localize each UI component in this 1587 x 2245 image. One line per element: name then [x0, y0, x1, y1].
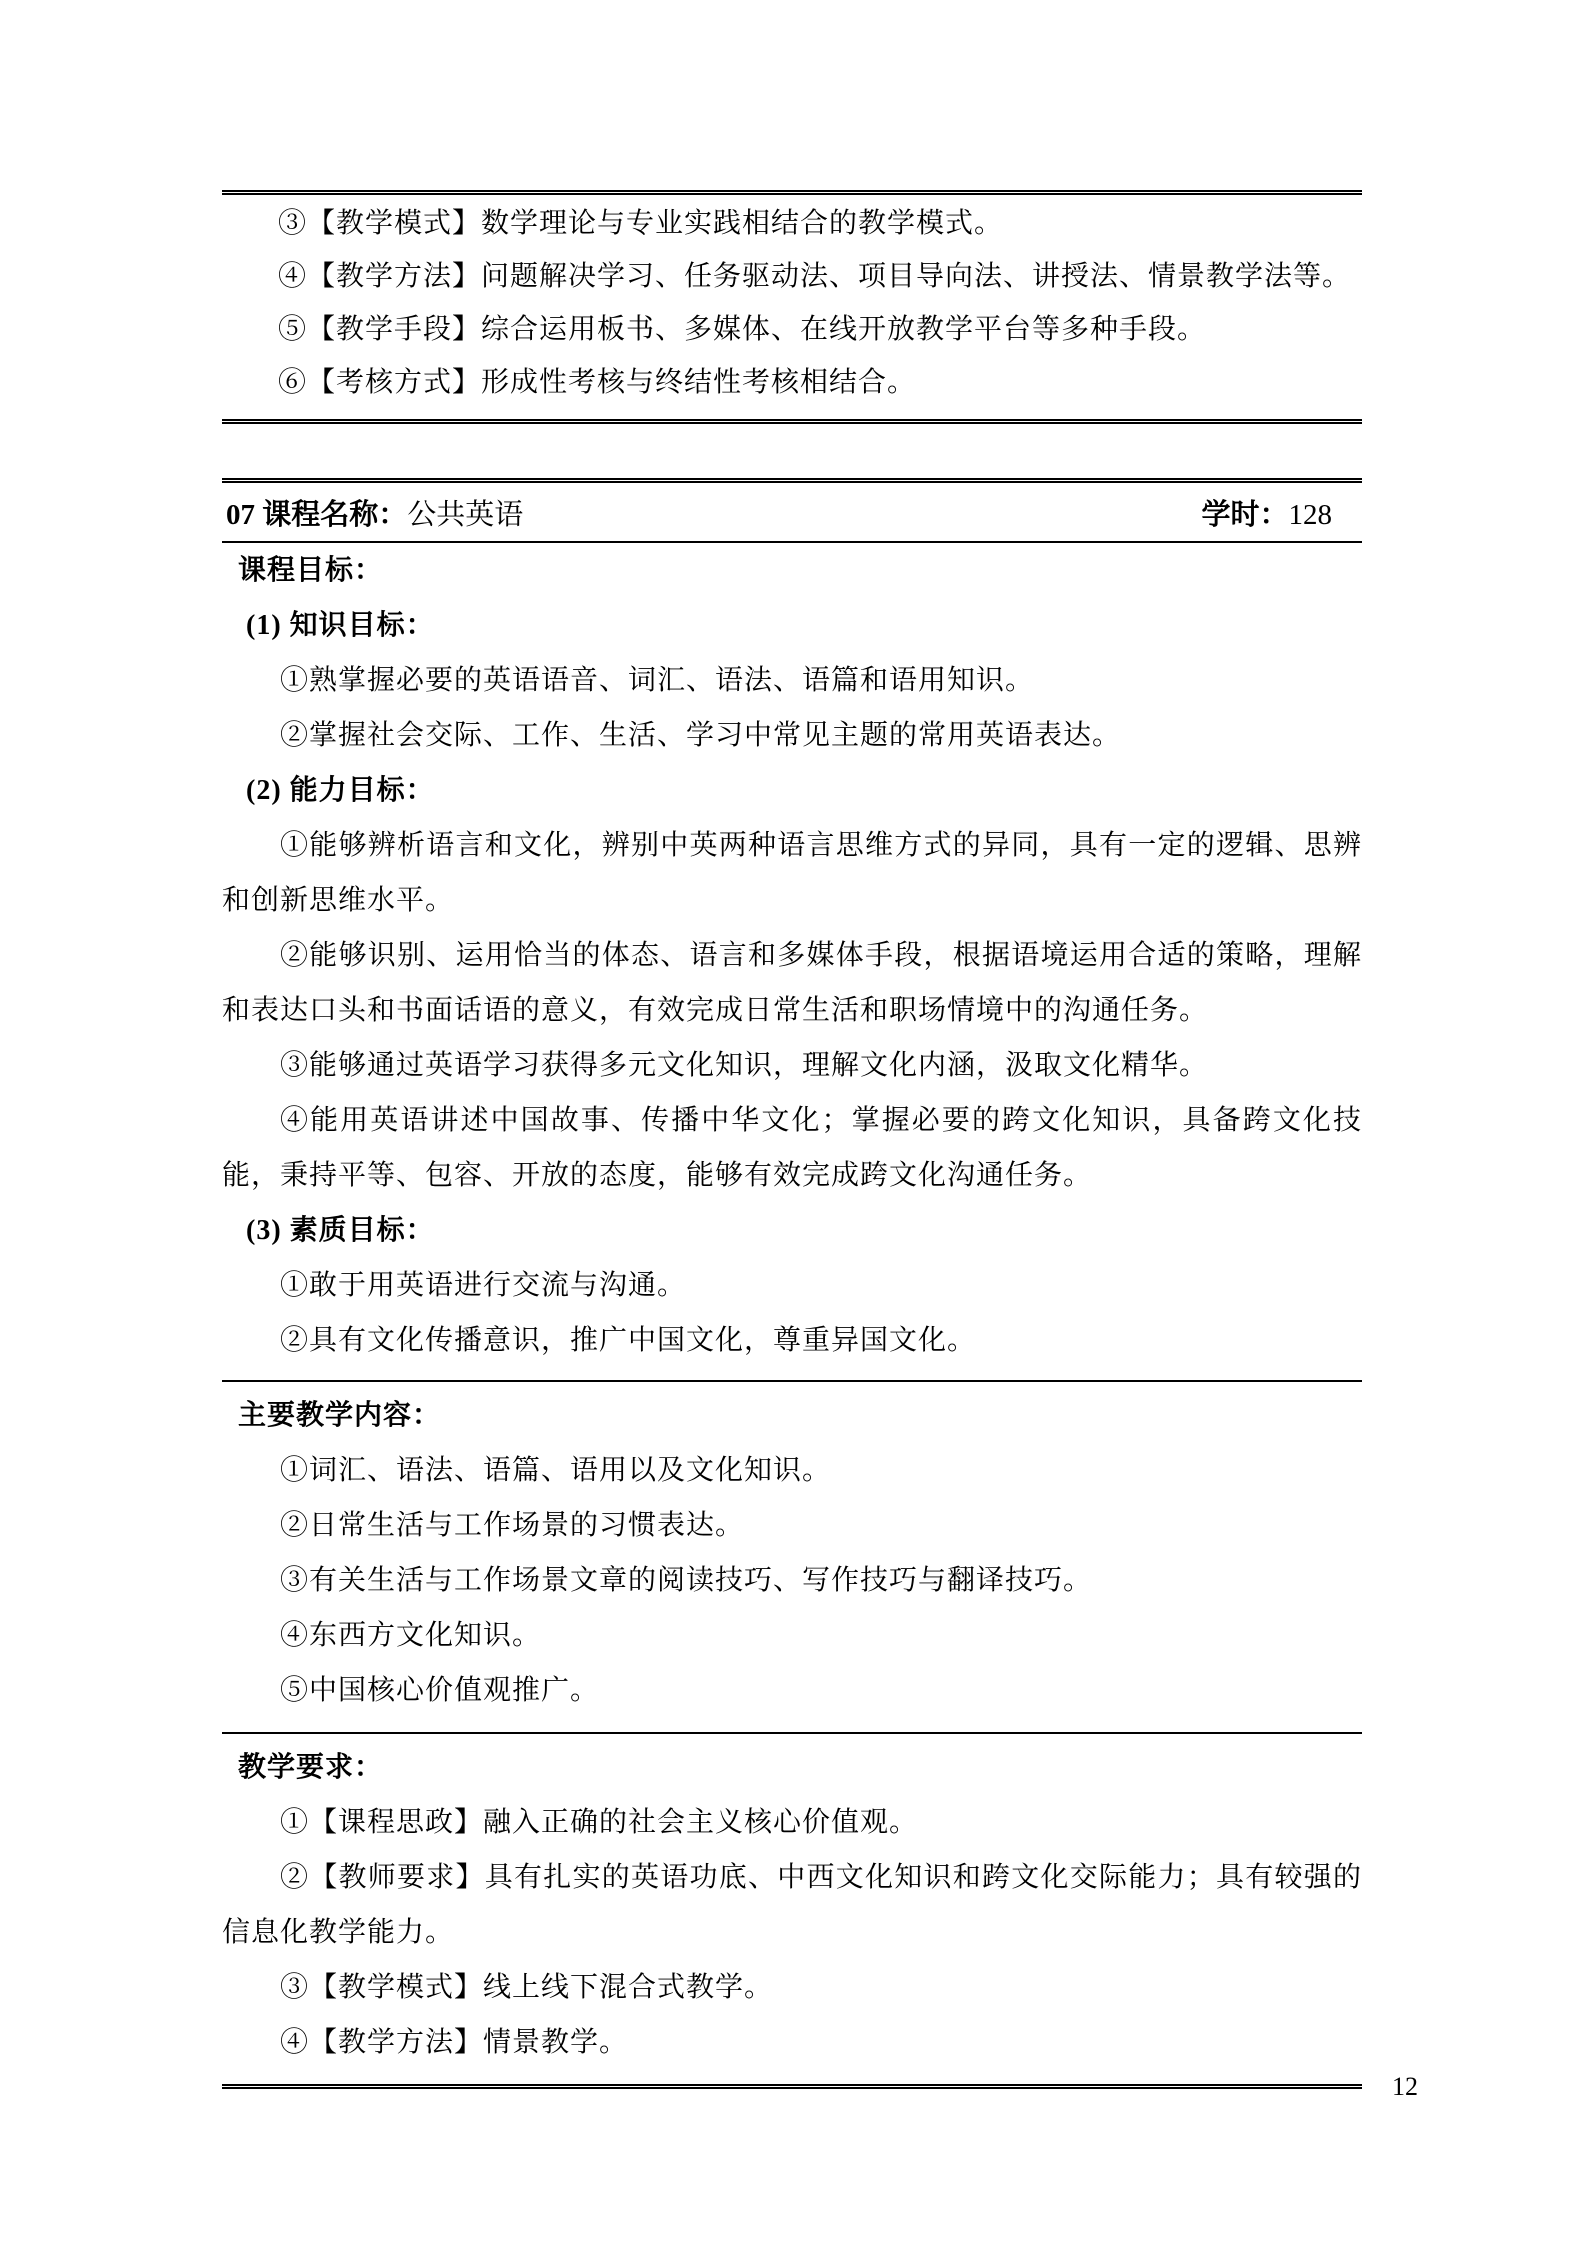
- teaching-requirement-item: ①【课程思政】融入正确的社会主义核心价值观。: [222, 1795, 1362, 1850]
- knowledge-objective-item: ①熟掌握必要的英语语音、词汇、语法、语篇和语用知识。: [222, 653, 1362, 708]
- hours-label: 学时：: [1201, 499, 1288, 531]
- ability-objectives-title: (2) 能力目标：: [222, 763, 1362, 818]
- ability-objective-item: ②能够识别、运用恰当的体态、语言和多媒体手段，根据语境运用合适的策略，理解和表达…: [222, 928, 1362, 1038]
- teaching-content-section: 主要教学内容： ①词汇、语法、语篇、语用以及文化知识。 ②日常生活与工作场景的习…: [222, 1380, 1362, 1732]
- knowledge-objectives-title: (1) 知识目标：: [222, 598, 1362, 653]
- course-number-label: 07 课程名称：: [226, 499, 407, 531]
- document-content: ③【教学模式】数学理论与专业实践相结合的教学模式。 ④【教学方法】问题解决学习、…: [222, 190, 1362, 2089]
- hours-value: 128: [1289, 499, 1333, 531]
- page-number: 12: [1392, 2072, 1418, 2102]
- document-page: ③【教学模式】数学理论与专业实践相结合的教学模式。 ④【教学方法】问题解决学习、…: [0, 0, 1587, 2245]
- teaching-requirement-item: ②【教师要求】具有扎实的英语功底、中西文化知识和跨文化交际能力；具有较强的信息化…: [222, 1850, 1362, 1960]
- quality-objective-item: ②具有文化传播意识，推广中国文化，尊重异国文化。: [222, 1313, 1362, 1368]
- assessment-item: ⑥【考核方式】形成性考核与终结性考核相结合。: [222, 356, 1362, 409]
- course-header-row: 07 课程名称：公共英语 学时：128: [222, 483, 1362, 543]
- teaching-requirement-item: ③【教学模式】线上线下混合式教学。: [222, 1960, 1362, 2015]
- quality-objectives-title: (3) 素质目标：: [222, 1203, 1362, 1258]
- quality-objective-item: ①敢于用英语进行交流与沟通。: [222, 1258, 1362, 1313]
- course-objectives-section: 课程目标： (1) 知识目标： ①熟掌握必要的英语语音、词汇、语法、语篇和语用知…: [222, 543, 1362, 1380]
- ability-objective-item: ③能够通过英语学习获得多元文化知识，理解文化内涵，汲取文化精华。: [222, 1038, 1362, 1093]
- objectives-title: 课程目标：: [222, 543, 1362, 598]
- block-spacer: [222, 424, 1362, 478]
- ability-objective-item: ①能够辨析语言和文化，辨别中英两种语言思维方式的异同，具有一定的逻辑、思辨和创新…: [222, 818, 1362, 928]
- teaching-content-title: 主要教学内容：: [222, 1388, 1362, 1443]
- course-title: 07 课程名称：公共英语: [222, 492, 523, 533]
- previous-course-block: ③【教学模式】数学理论与专业实践相结合的教学模式。 ④【教学方法】问题解决学习、…: [222, 190, 1362, 424]
- teaching-method-item: ④【教学方法】问题解决学习、任务驱动法、项目导向法、讲授法、情景教学法等。: [222, 250, 1362, 303]
- teaching-content-item: ②日常生活与工作场景的习惯表达。: [222, 1498, 1362, 1553]
- teaching-content-item: ③有关生活与工作场景文章的阅读技巧、写作技巧与翻译技巧。: [222, 1553, 1362, 1608]
- teaching-mode-item: ③【教学模式】数学理论与专业实践相结合的教学模式。: [222, 197, 1362, 250]
- course-block: 07 课程名称：公共英语 学时：128 课程目标： (1) 知识目标： ①熟掌握…: [222, 478, 1362, 2089]
- teaching-requirements-section: 教学要求： ①【课程思政】融入正确的社会主义核心价值观。 ②【教师要求】具有扎实…: [222, 1732, 1362, 2084]
- course-name: 公共英语: [407, 499, 523, 531]
- teaching-requirements-title: 教学要求：: [222, 1740, 1362, 1795]
- course-hours: 学时：128: [1201, 492, 1362, 533]
- knowledge-objective-item: ②掌握社会交际、工作、生活、学习中常见主题的常用英语表达。: [222, 708, 1362, 763]
- teaching-means-item: ⑤【教学手段】综合运用板书、多媒体、在线开放教学平台等多种手段。: [222, 303, 1362, 356]
- ability-objective-item: ④能用英语讲述中国故事、传播中华文化；掌握必要的跨文化知识，具备跨文化技能，秉持…: [222, 1093, 1362, 1203]
- teaching-content-item: ①词汇、语法、语篇、语用以及文化知识。: [222, 1443, 1362, 1498]
- teaching-content-item: ⑤中国核心价值观推广。: [222, 1663, 1362, 1718]
- teaching-requirement-item: ④【教学方法】情景教学。: [222, 2015, 1362, 2070]
- teaching-content-item: ④东西方文化知识。: [222, 1608, 1362, 1663]
